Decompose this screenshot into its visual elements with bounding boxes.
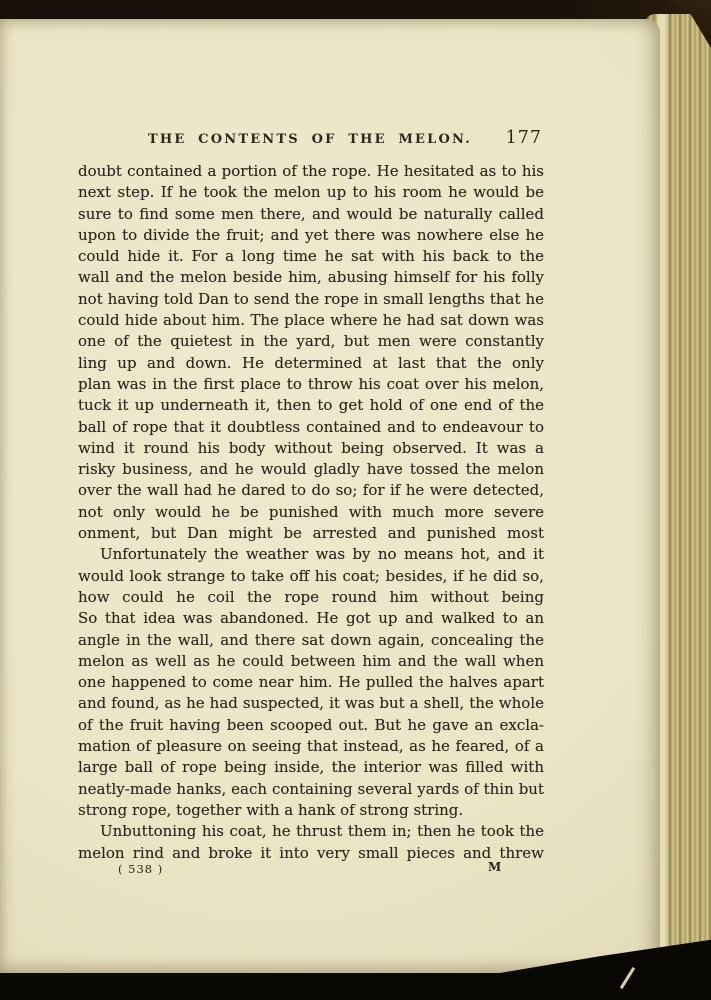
page-number: 177 [506, 128, 542, 148]
text-line: onment, but Dan might be arrested and pu… [78, 523, 544, 544]
text-line: Unfortunately the weather was by no mean… [78, 544, 544, 565]
plate-mark: ( 538 ) [118, 862, 163, 876]
text-line: Unbuttoning his coat, he thrust them in;… [78, 821, 544, 842]
text-line: tuck it up underneath it, then to get ho… [78, 395, 544, 416]
text-line: could hide about him. The place where he… [78, 310, 544, 331]
text-line: one happened to come near him. He pulled… [78, 672, 544, 693]
text-line: wind it round his body without being obs… [78, 438, 544, 459]
text-line: and found, as he had suspected, it was b… [78, 693, 544, 714]
text-line: wall and the melon beside him, abusing h… [78, 267, 544, 288]
text-line: upon to divide the fruit; and yet there … [78, 225, 544, 246]
text-line: large ball of rope being inside, the int… [78, 757, 544, 778]
text-line: ball of rope that it doubtless contained… [78, 417, 544, 438]
text-line: So that idea was abandoned. He got up an… [78, 608, 544, 629]
text-line: angle in the wall, and there sat down ag… [78, 630, 544, 651]
text-line: strong rope, together with a hank of str… [78, 800, 544, 821]
text-line: not only would he be punished with much … [78, 502, 544, 523]
text-line: plan was in the first place to throw his… [78, 374, 544, 395]
text-line: mation of pleasure on seeing that instea… [78, 736, 544, 757]
text-line: ling up and down. He determined at last … [78, 353, 544, 374]
text-line: risky business, and he would gladly have… [78, 459, 544, 480]
page-footer: ( 538 ) M [78, 860, 544, 878]
text-line: one of the quietest in the yard, but men… [78, 331, 544, 352]
text-line: over the wall had he dared to do so; for… [78, 480, 544, 501]
text-line: neatly-made hanks, each containing sever… [78, 779, 544, 800]
text-line: sure to find some men there, and would b… [78, 204, 544, 225]
text-line: next step. If he took the melon up to hi… [78, 182, 544, 203]
page-header: THE CONTENTS OF THE MELON. 177 [78, 130, 542, 152]
book-top-edge-shadow [0, 0, 711, 20]
signature-mark: M [488, 860, 502, 874]
text-line: not having told Dan to send the rope in … [78, 289, 544, 310]
scanned-book-photo: THE CONTENTS OF THE MELON. 177 doubt con… [0, 0, 711, 1000]
text-line: melon as well as he could between him an… [78, 651, 544, 672]
text-line: how could he coil the rope round him wit… [78, 587, 544, 608]
text-line: of the fruit having been scooped out. Bu… [78, 715, 544, 736]
body-text: doubt contained a portion of the rope. H… [78, 161, 544, 864]
text-line: doubt contained a portion of the rope. H… [78, 161, 544, 182]
running-title: THE CONTENTS OF THE MELON. [78, 132, 542, 147]
text-line: could hide it. For a long time he sat wi… [78, 246, 544, 267]
text-line: would look strange to take off his coat;… [78, 566, 544, 587]
